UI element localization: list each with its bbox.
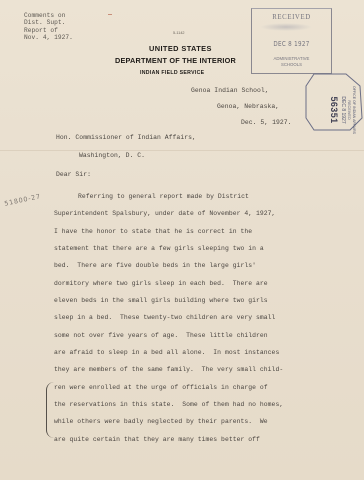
body-line: ren were enrolled at the urge of officia…	[54, 384, 268, 391]
letter-date: Dec. 5, 1927.	[241, 119, 292, 126]
side-note-line: Report of	[24, 27, 58, 34]
body-line: they are members of the same family. The…	[54, 366, 283, 373]
office-stamp-line-1: OFFICE OF INDIAN AFFAIRS	[351, 80, 356, 140]
body-line: dormitory where two girls sleep in each …	[54, 280, 268, 287]
received-stamp-dept-line: SCHOOLS	[256, 63, 327, 69]
body-line: the reservations in this state. Some of …	[54, 401, 283, 408]
received-stamp-title: RECEIVED	[252, 14, 331, 21]
side-note: Comments on Dist. Supt. Report of Nov. 4…	[24, 12, 73, 41]
body-line: are afraid to sleep in a bed all alone. …	[54, 349, 279, 356]
side-note-line: Comments on	[24, 12, 65, 19]
sender-address-line-2: Genoa, Nebraska,	[217, 103, 279, 110]
received-stamp-date: DEC 8 1927	[260, 40, 323, 48]
body-line: Superintendent Spalsbury, under date of …	[54, 210, 275, 217]
letter-body: Referring to general report made by Dist…	[54, 188, 283, 448]
body-line: are quite certain that they are many tim…	[54, 436, 260, 443]
recipient-line-2: Washington, D. C.	[79, 152, 145, 159]
margin-bracket-mark	[46, 382, 55, 438]
sender-address-line-1: Genoa Indian School,	[191, 87, 269, 94]
body-line: eleven beds in the small girls building …	[54, 297, 268, 304]
office-stamp: OFFICE OF INDIAN AFFAIRS RECEIVED DEC 8 …	[304, 72, 356, 128]
body-line: statement that there are a few girls sle…	[54, 245, 264, 252]
body-line: Referring to general report made by Dist…	[54, 193, 249, 200]
recipient-line-1: Hon. Commissioner of Indian Affairs,	[56, 134, 196, 141]
office-stamp-number: 56351	[329, 80, 339, 140]
pencil-annotation: 51800-27	[4, 192, 42, 208]
side-note-line: Dist. Supt.	[24, 19, 65, 26]
letter-page: Comments on Dist. Supt. Report of Nov. 4…	[0, 0, 364, 480]
body-line: while others were badly neglected by the…	[54, 418, 268, 425]
paper-fold	[0, 150, 364, 151]
letterhead-line-2: DEPARTMENT OF THE INTERIOR	[115, 56, 236, 65]
office-stamp-date: DEC 8 1927	[339, 80, 346, 140]
body-line: some not over five years of age. These l…	[54, 332, 268, 339]
body-line: bed. There are five double beds in the l…	[54, 262, 256, 269]
received-stamp-dept: ADMINISTRATIVE SCHOOLS	[256, 57, 327, 69]
salutation: Dear Sir:	[56, 171, 91, 178]
body-line: I have the honor to state that he is cor…	[54, 228, 252, 235]
form-number: 5-1142	[173, 31, 185, 35]
ink-smudge	[260, 23, 312, 31]
body-line: sleep in a bed. These twenty-two childre…	[54, 314, 275, 321]
letterhead-line-3: INDIAN FIELD SERVICE	[140, 70, 204, 76]
ink-mark	[108, 14, 112, 15]
side-note-line: Nov. 4, 1927.	[24, 34, 73, 41]
received-stamp: RECEIVED DEC 8 1927 ADMINISTRATIVE SCHOO…	[251, 8, 332, 74]
office-stamp-text: OFFICE OF INDIAN AFFAIRS RECEIVED DEC 8 …	[320, 80, 356, 140]
letterhead-line-1: UNITED STATES	[149, 44, 212, 53]
